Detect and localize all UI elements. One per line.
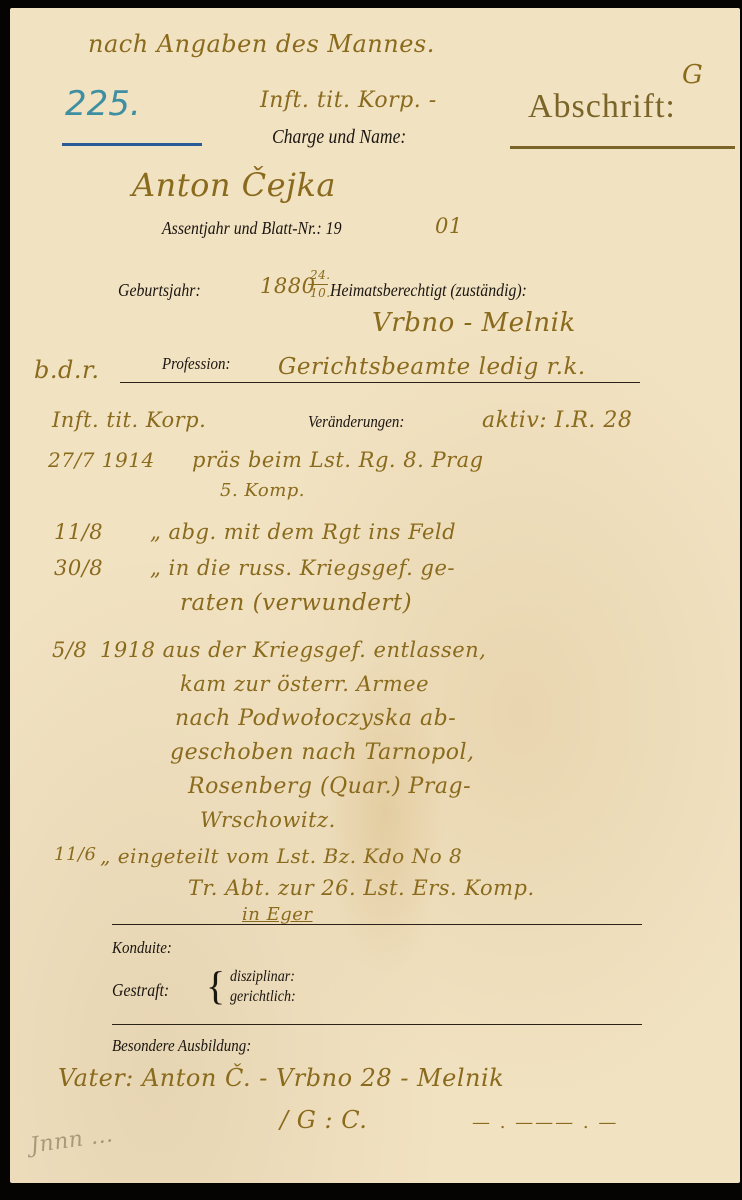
change-text: „ eingeteilt vom Lst. Bz. Kdo No 8 [100, 844, 462, 868]
konduite-label: Konduite: [112, 938, 172, 958]
change-text: Tr. Abt. zur 26. Lst. Ers. Komp. [188, 876, 535, 900]
change-date: 27/7 1914 [48, 448, 155, 472]
stamp-mark: G [682, 60, 703, 90]
change-text: „ in die russ. Kriegsgef. ge- [150, 556, 455, 580]
water-stain [325, 648, 445, 978]
changes-end-rule [112, 924, 642, 925]
header-note: nach Angaben des Mannes. [88, 30, 435, 58]
profession-label: Profession: [162, 354, 230, 374]
stamp-underline [510, 146, 735, 149]
change-date: 30/8 [54, 556, 103, 580]
religion-prefix: b.d.r. [34, 356, 99, 384]
change-text: geschoben nach Tarnopol, [170, 740, 475, 765]
initials: / G : C. [280, 1106, 367, 1134]
change-date: 11/6 [54, 844, 96, 865]
ausbildung-label: Besondere Ausbildung: [112, 1036, 251, 1056]
change-date: 11/8 [54, 520, 103, 544]
change-date: 5/8 [52, 638, 87, 662]
dash-line: — . ——— . — [472, 1112, 618, 1133]
faint-scribble: Jnnn ... [29, 1122, 115, 1158]
brace: { [206, 966, 225, 1006]
soldier-name: Anton Čejka [132, 166, 336, 204]
geburtsjahr-value: 1880 [260, 274, 315, 298]
geburtsjahr-label: Geburtsjahr: [118, 280, 201, 301]
veraenderungen-value: aktiv: I.R. 28 [482, 408, 632, 433]
gestraft-label: Gestraft: [112, 980, 169, 1001]
assentjahr-label: Assentjahr und Blatt-Nr.: 19 [162, 218, 342, 239]
change-text: Rosenberg (Quar.) Prag- [188, 774, 471, 799]
profession-value: Gerichtsbeamte ledig r.k. [278, 354, 586, 380]
charge-label: Charge und Name: [272, 126, 406, 149]
father-line: Vater: Anton Č. - Vrbno 28 - Melnik [58, 1064, 504, 1092]
heimat-label: Heimatsberechtigt (zuständig): [330, 280, 527, 301]
veraenderungen-prefix: Inft. tit. Korp. [52, 408, 206, 432]
birth-day: 24. [310, 268, 331, 282]
gerichtlich-label: gerichtlich: [230, 988, 296, 1006]
change-text: nach Podwołoczyska ab- [175, 706, 456, 731]
abschrift-stamp: Abschrift: [528, 88, 676, 126]
fraction-bar [308, 284, 328, 285]
record-number: 225. [65, 84, 141, 124]
assentjahr-value: 01 [435, 214, 463, 238]
change-text: Wrschowitz. [200, 808, 336, 832]
punishment-rule [112, 1024, 642, 1025]
birth-month: 10. [310, 286, 331, 300]
disziplinar-label: disziplinar: [230, 968, 295, 986]
change-text: präs beim Lst. Rg. 8. Prag [192, 448, 484, 472]
change-text: raten (verwundert) [180, 590, 412, 616]
change-text: in Eger [242, 904, 313, 925]
change-text: „ abg. mit dem Rgt ins Feld [150, 520, 456, 544]
profession-rule [120, 382, 640, 383]
change-text: 5. Komp. [220, 480, 305, 501]
veraenderungen-label: Veränderungen: [308, 412, 404, 432]
rank-prefix: Inft. tit. Korp. - [260, 88, 437, 113]
record-card: nach Angaben des Mannes. 225. Inft. tit.… [10, 8, 740, 1183]
heimat-value: Vrbno - Melnik [372, 308, 576, 338]
record-number-underline [62, 143, 202, 146]
change-text: kam zur österr. Armee [180, 672, 429, 696]
change-text: 1918 aus der Kriegsgef. entlassen, [100, 638, 486, 662]
